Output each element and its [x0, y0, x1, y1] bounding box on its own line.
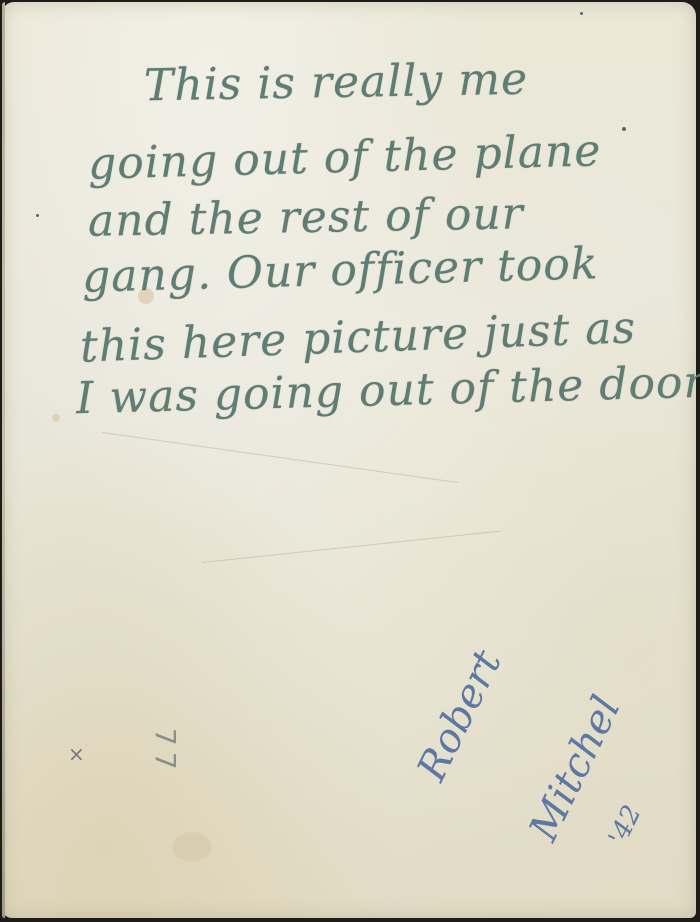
note-line: and the rest of our [88, 188, 525, 247]
photo-back: This is really me going out of the plane… [2, 2, 696, 918]
note-line: gang. Our officer took [81, 238, 599, 303]
margin-number: 77 [149, 728, 182, 776]
note-line: going out of the plane [87, 125, 602, 189]
note-line: This is really me [144, 54, 529, 112]
cross-mark-icon: × [68, 742, 85, 766]
